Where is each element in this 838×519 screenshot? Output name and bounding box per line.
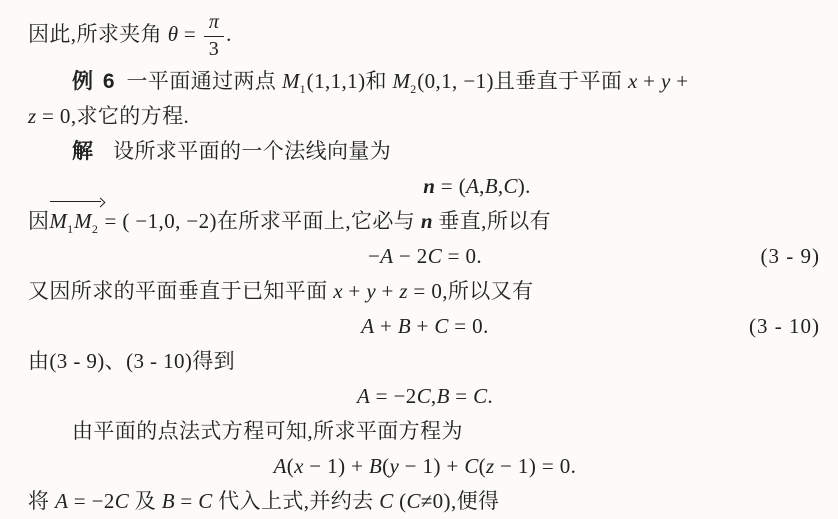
- equation-body: n = (A,B,C).: [423, 174, 530, 198]
- math-var-C: C: [198, 489, 212, 513]
- text-run: (: [479, 454, 486, 478]
- math-var-n: n: [423, 174, 435, 198]
- text-run: 由(3 - 9)、(3 - 10)得到: [28, 349, 235, 373]
- text-run: 又因所求的平面垂直于已知平面: [28, 279, 333, 303]
- vector-arrow-icon: [50, 197, 103, 207]
- text-run: +: [671, 69, 689, 93]
- text-run: 及: [129, 489, 162, 513]
- text-run: = 0.: [449, 314, 489, 338]
- fraction-pi-over-3: π3: [204, 11, 224, 61]
- math-var-M1: M: [49, 209, 67, 233]
- text-line-4: 解设所求平面的一个法线向量为: [28, 134, 822, 169]
- math-var-C: C: [379, 489, 393, 513]
- text-line-2: 例 6一平面通过两点 M1(1,1,1)和 M2(0,1, −1)且垂直于平面 …: [28, 64, 822, 99]
- text-line-3: z = 0,求它的方程.: [28, 99, 822, 134]
- fraction-denominator: 3: [204, 36, 224, 61]
- text-run: ≠0),便得: [421, 489, 500, 513]
- text-run: = ( −1,0, −2)在所求平面上,它必与: [99, 209, 421, 233]
- text-run: 由平面的点法式方程可知,所求平面方程为: [72, 419, 463, 443]
- text-run: − 2: [393, 244, 427, 268]
- text-run: 因: [28, 209, 49, 233]
- text-run: − 1) +: [304, 454, 369, 478]
- text-run: 代入上式,并约去: [213, 489, 380, 513]
- math-var-A: A: [274, 454, 287, 478]
- math-var-C: C: [407, 489, 421, 513]
- math-var-B: B: [162, 489, 175, 513]
- math-var-y: y: [389, 454, 399, 478]
- text-run: +: [411, 314, 435, 338]
- text-run: 一平面通过两点: [127, 69, 282, 93]
- math-var-M2: M: [393, 69, 411, 93]
- math-var-A: A: [380, 244, 393, 268]
- text-run: =: [178, 22, 202, 46]
- solution-tag: 解: [72, 140, 95, 163]
- math-var-x: x: [333, 279, 343, 303]
- text-run: 设所求平面的一个法线向量为: [113, 139, 391, 163]
- math-sub: 2: [92, 222, 98, 236]
- text-line-10: 由(3 - 9)、(3 - 10)得到: [28, 344, 822, 379]
- math-var-C: C: [428, 244, 442, 268]
- text-run: ).: [518, 174, 531, 198]
- equation-normal-vector: n = (A,B,C).: [28, 169, 822, 204]
- text-run: +: [637, 69, 661, 93]
- math-var-B: B: [398, 314, 411, 338]
- equation-number-3-9: (3 - 9): [761, 239, 820, 274]
- equation-number-3-10: (3 - 10): [749, 309, 820, 344]
- math-var-A: A: [361, 314, 374, 338]
- text-run: .: [226, 22, 232, 46]
- example-tag: 例 6: [72, 70, 117, 93]
- math-var-C: C: [417, 384, 431, 408]
- math-sub: 1: [300, 82, 306, 96]
- text-line-6: 因M1M2 = ( −1,0, −2)在所求平面上,它必与 n 垂直,所以有: [28, 204, 822, 239]
- text-run: (: [287, 454, 294, 478]
- math-var-C: C: [115, 489, 129, 513]
- equation-A-B-solution: A = −2C,B = C.: [28, 379, 822, 414]
- text-run: = 0,求它的方程.: [36, 104, 189, 128]
- math-var-C: C: [473, 384, 487, 408]
- text-run: 垂直,所以有: [433, 209, 551, 233]
- math-var-C: C: [434, 314, 448, 338]
- math-var-A: A: [55, 489, 68, 513]
- text-line-1: 因此,所求夹角 θ = π3.: [28, 4, 822, 64]
- text-run: =: [450, 384, 474, 408]
- math-sub: 2: [410, 82, 416, 96]
- text-run: +: [376, 279, 400, 303]
- math-var-x: x: [294, 454, 304, 478]
- math-var-M1: M: [282, 69, 300, 93]
- equation-body: A(x − 1) + B(y − 1) + C(z − 1) = 0.: [274, 454, 577, 478]
- equation-point-normal-form: A(x − 1) + B(y − 1) + C(z − 1) = 0.: [28, 449, 822, 484]
- text-line-8: 又因所求的平面垂直于已知平面 x + y + z = 0,所以又有: [28, 274, 822, 309]
- text-run: 将: [28, 489, 55, 513]
- text-run: 因此,所求夹角: [28, 22, 168, 46]
- math-var-y: y: [366, 279, 376, 303]
- text-run: = −2: [68, 489, 115, 513]
- vector-arrow-head: [95, 197, 105, 207]
- math-var-B: B: [437, 384, 450, 408]
- text-run: − 1) = 0.: [494, 454, 576, 478]
- fraction-numerator: π: [204, 11, 224, 36]
- math-var-M2: M: [74, 209, 92, 233]
- text-run: −: [368, 244, 380, 268]
- text-run: (0,1, −1)且垂直于平面: [417, 69, 628, 93]
- math-sub: 1: [67, 222, 73, 236]
- text-line-14: 将 A = −2C 及 B = C 代入上式,并约去 C (C≠0),便得: [28, 484, 822, 519]
- equation-3-10: A + B + C = 0.(3 - 10): [28, 309, 822, 344]
- text-run: +: [343, 279, 367, 303]
- equation-body: −A − 2C = 0.: [368, 244, 482, 268]
- math-var-y: y: [661, 69, 671, 93]
- equation-3-9: −A − 2C = 0.(3 - 9): [28, 239, 822, 274]
- text-run: (: [393, 489, 406, 513]
- math-var-z: z: [399, 279, 407, 303]
- textbook-page: 因此,所求夹角 θ = π3. 例 6一平面通过两点 M1(1,1,1)和 M2…: [0, 0, 838, 519]
- math-var-C: C: [503, 174, 517, 198]
- text-run: = −2: [370, 384, 417, 408]
- vector-arrow-shaft: [50, 201, 100, 202]
- math-var-n: n: [421, 209, 433, 233]
- text-run: (1,1,1)和: [307, 69, 393, 93]
- equation-body: A = −2C,B = C.: [357, 384, 493, 408]
- math-var-B: B: [485, 174, 498, 198]
- vector-M1M2: M1M2: [49, 204, 98, 239]
- text-run: +: [374, 314, 398, 338]
- math-var-B: B: [369, 454, 382, 478]
- text-run: = 0.: [442, 244, 482, 268]
- text-run: =: [175, 489, 199, 513]
- text-run: = (: [435, 174, 466, 198]
- text-run: .: [487, 384, 493, 408]
- math-var-A: A: [357, 384, 370, 408]
- math-var-C: C: [464, 454, 478, 478]
- text-run: = 0,所以又有: [408, 279, 534, 303]
- math-var-theta: θ: [168, 22, 179, 46]
- math-var-A: A: [466, 174, 479, 198]
- text-line-12: 由平面的点法式方程可知,所求平面方程为: [28, 414, 822, 449]
- text-run: − 1) +: [399, 454, 464, 478]
- equation-body: A + B + C = 0.: [361, 314, 488, 338]
